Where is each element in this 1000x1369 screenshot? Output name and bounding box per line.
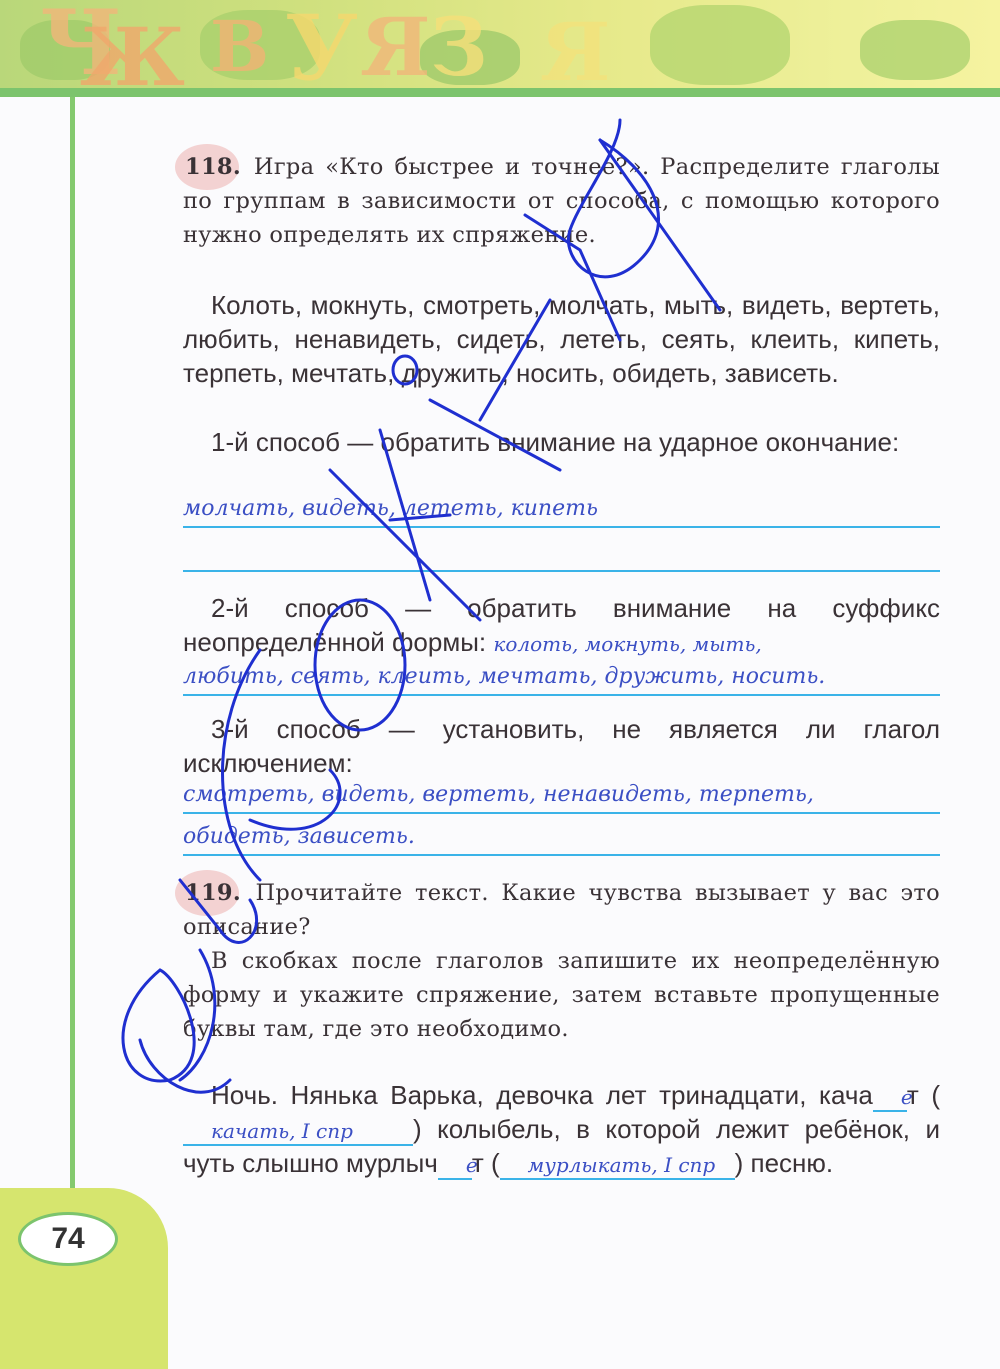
banner-letter: Я — [360, 0, 431, 88]
passage-text: Ночь. Нянька Варька, девочка лет тринадц… — [183, 1078, 940, 1180]
banner-letter: В — [210, 5, 269, 88]
banner-letter: З — [430, 0, 488, 88]
page-number: 74 — [18, 1212, 118, 1266]
exercise-119-instruction: 119. Прочитайте текст. Какие чувства выз… — [183, 876, 940, 944]
infinitive-blank-2[interactable]: мурлыкать, I спр — [500, 1152, 735, 1180]
margin-line — [70, 97, 75, 1217]
answer-line-method-1[interactable]: молчать, видеть, лететь, кипеть — [183, 494, 940, 528]
decorative-letter-banner: Ч Ж В У Я З Я — [0, 0, 1000, 88]
instruction-text: Прочитайте текст. Какие чувства вызывает… — [183, 880, 940, 940]
passage-part: т ( — [907, 1080, 940, 1110]
missing-letter-blank-2[interactable]: е — [438, 1152, 472, 1180]
exercise-118-instruction: 118. Игра «Кто быстрее и точнее?». Распр… — [183, 150, 940, 252]
exercise-119-task: В скобках после глаголов запишите их нео… — [183, 944, 940, 1046]
instruction-text: Игра «Кто быстрее и точнее?». Распредели… — [183, 154, 940, 248]
answer-line-method-1-empty[interactable] — [183, 538, 940, 572]
method-2-label: 2-й способ — обратить внимание на суффик… — [183, 591, 940, 661]
passage-part: Ночь. Нянька Варька, девочка лет тринадц… — [211, 1080, 873, 1110]
verb-list: Колоть, мокнуть, смотреть, молчать, мыть… — [183, 288, 940, 390]
answer-line-method-2[interactable]: любить, сеять, клеить, мечтать, дружить,… — [183, 662, 940, 696]
banner-letter: Я — [540, 5, 611, 88]
banner-divider — [0, 88, 1000, 97]
banner-letter: Ж — [80, 10, 185, 88]
missing-letter-blank-1[interactable]: е — [873, 1084, 907, 1112]
method-2-inline-answer: колоть, мокнуть, мыть, — [493, 632, 761, 656]
answer-line-method-3[interactable]: смотреть, видеть, вертеть, ненавидеть, т… — [183, 780, 940, 814]
passage-part: ) песню. — [735, 1148, 834, 1178]
answer-line-method-3-second[interactable]: обидеть, зависеть. — [183, 822, 940, 856]
method-1-label: 1-й способ — обратить внимание на ударно… — [183, 425, 940, 459]
method-3-label: 3-й способ — установить, не является ли … — [183, 712, 940, 780]
banner-letter: У — [285, 0, 358, 88]
passage-part: т ( — [472, 1148, 500, 1178]
infinitive-blank-1[interactable]: качать, I спр — [183, 1118, 413, 1146]
exercise-number: 118. — [183, 150, 243, 184]
exercise-number: 119. — [183, 876, 243, 910]
